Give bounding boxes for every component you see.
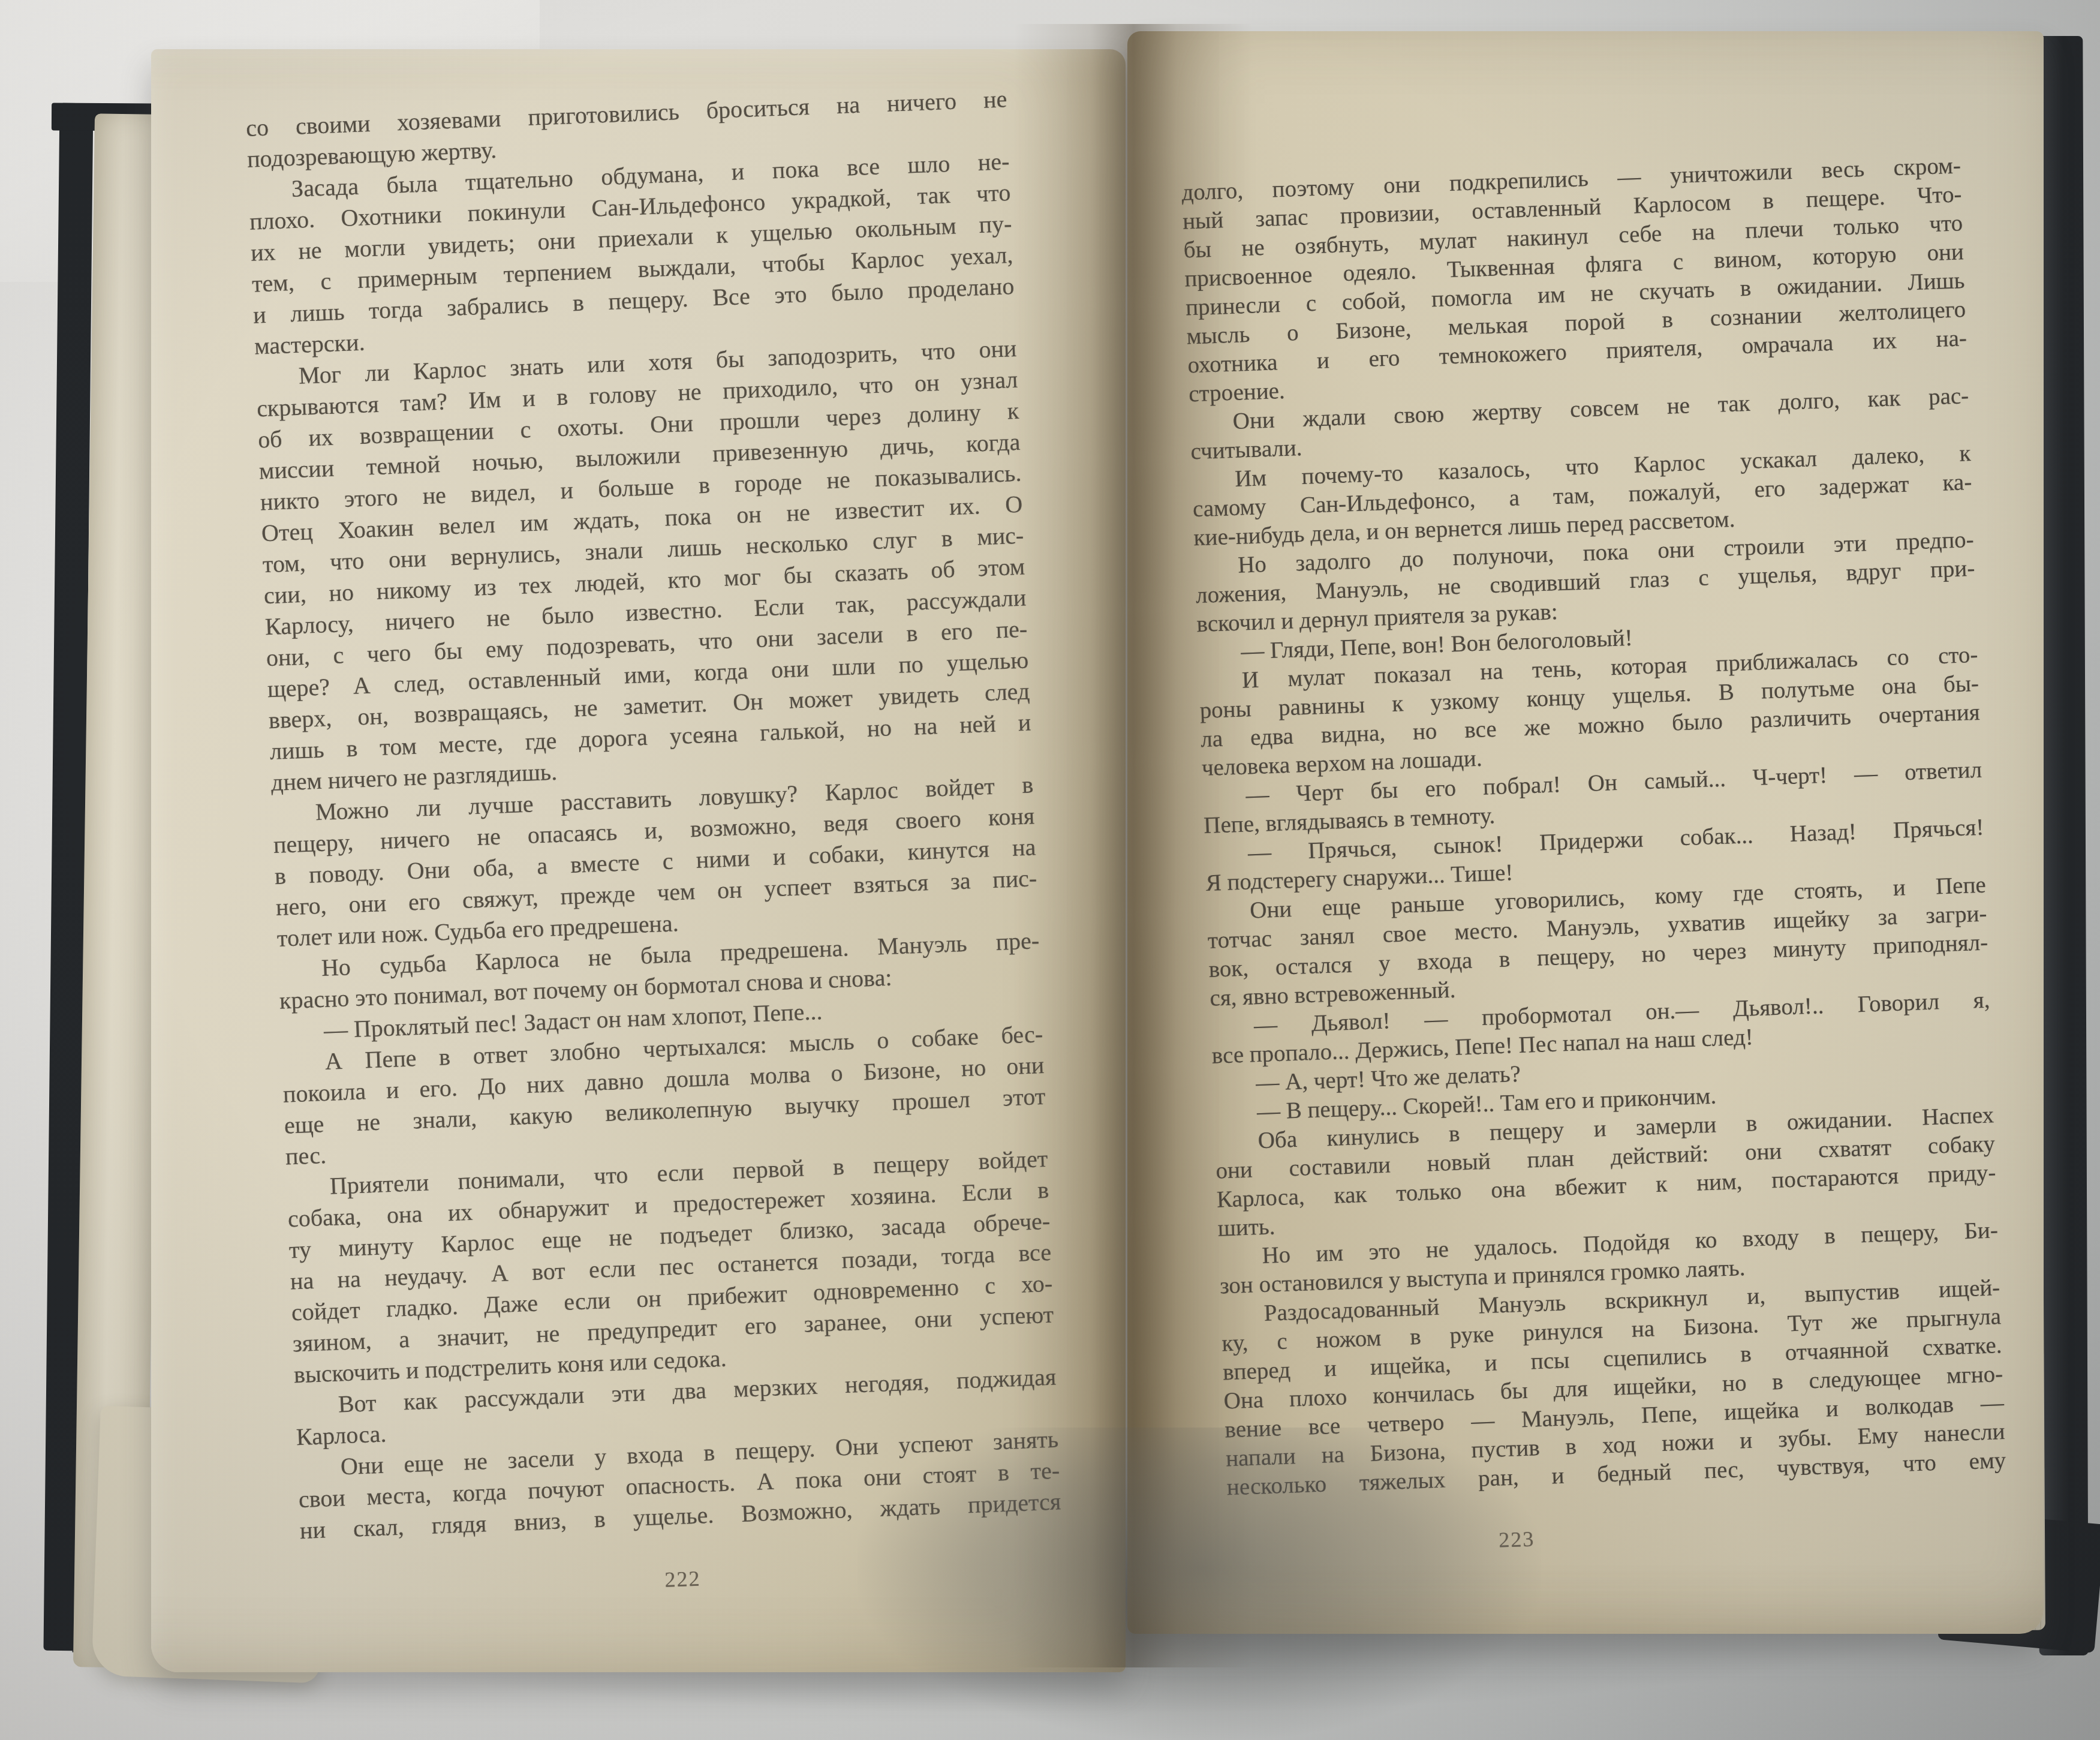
left-page-text-column: со своими хозяевами приготовились бросит… — [245, 83, 1064, 1606]
left-page-number: 222 — [302, 1552, 1064, 1606]
left-page-lines: со своими хозяевами приготовились бросит… — [245, 83, 1061, 1546]
right-page: долго, поэтому они подкрепились — уничто… — [1127, 31, 2044, 1634]
photo-of-open-book: со своими хозяевами приготовились бросит… — [0, 0, 2100, 1740]
right-page-number: 223 — [1127, 1513, 1907, 1565]
right-page-text-column: долго, поэтому они подкрепились — уничто… — [1181, 151, 2009, 1562]
right-page-lines: долго, поэтому они подкрепились — уничто… — [1181, 151, 2006, 1502]
left-page: со своими хозяевами приготовились бросит… — [151, 49, 1126, 1672]
